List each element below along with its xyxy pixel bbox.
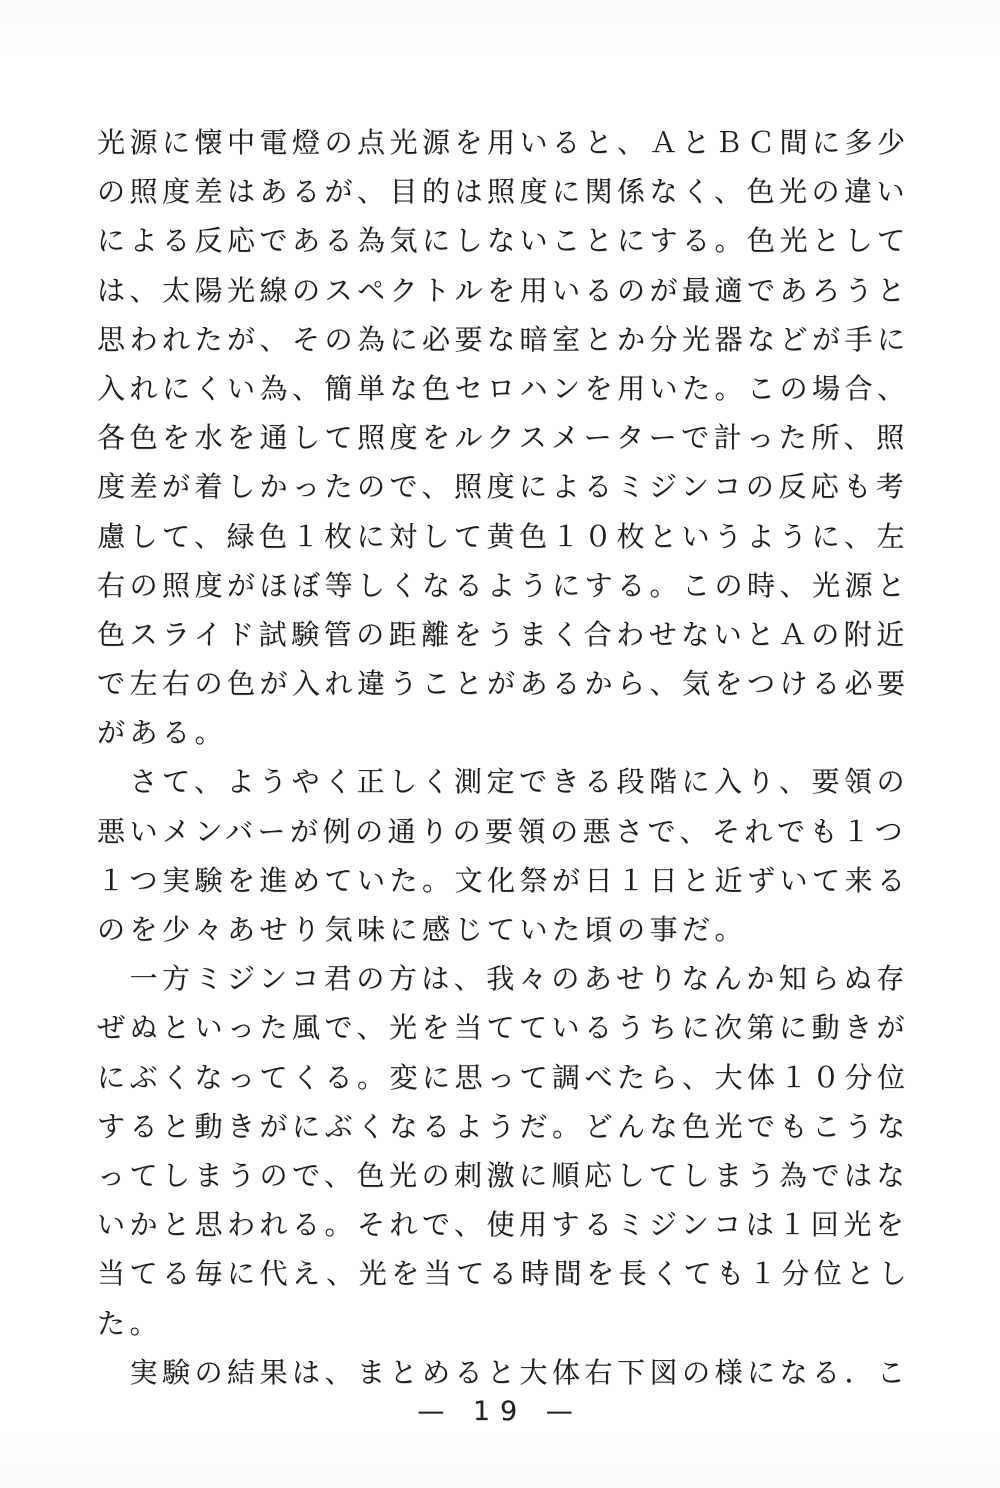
text-line: がある。 [97,708,919,757]
text-line: 右の照度がほぼ等しくなるようにする。この時、光源と [97,561,919,610]
body-text: 光源に懐中電燈の点光源を用いると、ＡとＢＣ間に多少 の照度差はあるが、目的は照度… [97,118,919,1397]
text-line: １つ実験を進めていた。文化祭が日１日と近ずいて来る [97,856,919,905]
text-line: による反応である為気にしないことにする。色光として [97,216,919,265]
text-line: のを少々あせり気味に感じていた頃の事だ。 [97,905,919,954]
page-number: — 19 — [0,1396,1000,1427]
text-line: 各色を水を通して照度をルクスメーターで計った所、照 [97,413,919,462]
text-line: 実験の結果は、まとめると大体右下図の様になる．こ [97,1348,919,1397]
text-line: の照度差はあるが、目的は照度に関係なく、色光の違い [97,167,919,216]
text-line: すると動きがにぶくなるようだ。どんな色光でもこうな [97,1102,919,1151]
text-line: 入れにくい為、簡単な色セロハンを用いた。この場合、 [97,364,919,413]
text-line: さて、ようやく正しく測定できる段階に入り、要領の [97,757,919,806]
text-line: 悪いメンバーが例の通りの要領の悪さで、それでも１つ [97,807,919,856]
text-line: にぶくなってくる。変に思って調べたら、大体１０分位 [97,1053,919,1102]
text-line: 当てる毎に代え、光を当てる時間を長くても１分位とし [97,1249,919,1298]
text-line: ってしまうので、色光の刺激に順応してしまう為ではな [97,1151,919,1200]
text-line: た。 [97,1299,919,1348]
text-line: 度差が着しかったので、照度によるミジンコの反応も考 [97,462,919,511]
text-line: いかと思われる。それで、使用するミジンコは１回光を [97,1200,919,1249]
text-line: 色スライド試験管の距離をうまく合わせないとＡの附近 [97,610,919,659]
text-line: で左右の色が入れ違うことがあるから、気をつける必要 [97,659,919,708]
text-line: 思われたが、その為に必要な暗室とか分光器などが手に [97,315,919,364]
text-line: 光源に懐中電燈の点光源を用いると、ＡとＢＣ間に多少 [97,118,919,167]
text-line: は、太陽光線のスペクトルを用いるのが最適であろうと [97,266,919,315]
scanned-document-page: 光源に懐中電燈の点光源を用いると、ＡとＢＣ間に多少 の照度差はあるが、目的は照度… [0,0,1000,1488]
text-line: 一方ミジンコ君の方は、我々のあせりなんか知らぬ存 [97,954,919,1003]
text-line: 慮して、緑色１枚に対して黄色１０枚というように、左 [97,512,919,561]
text-line: ぜぬといった風で、光を当てているうちに次第に動きが [97,1003,919,1052]
